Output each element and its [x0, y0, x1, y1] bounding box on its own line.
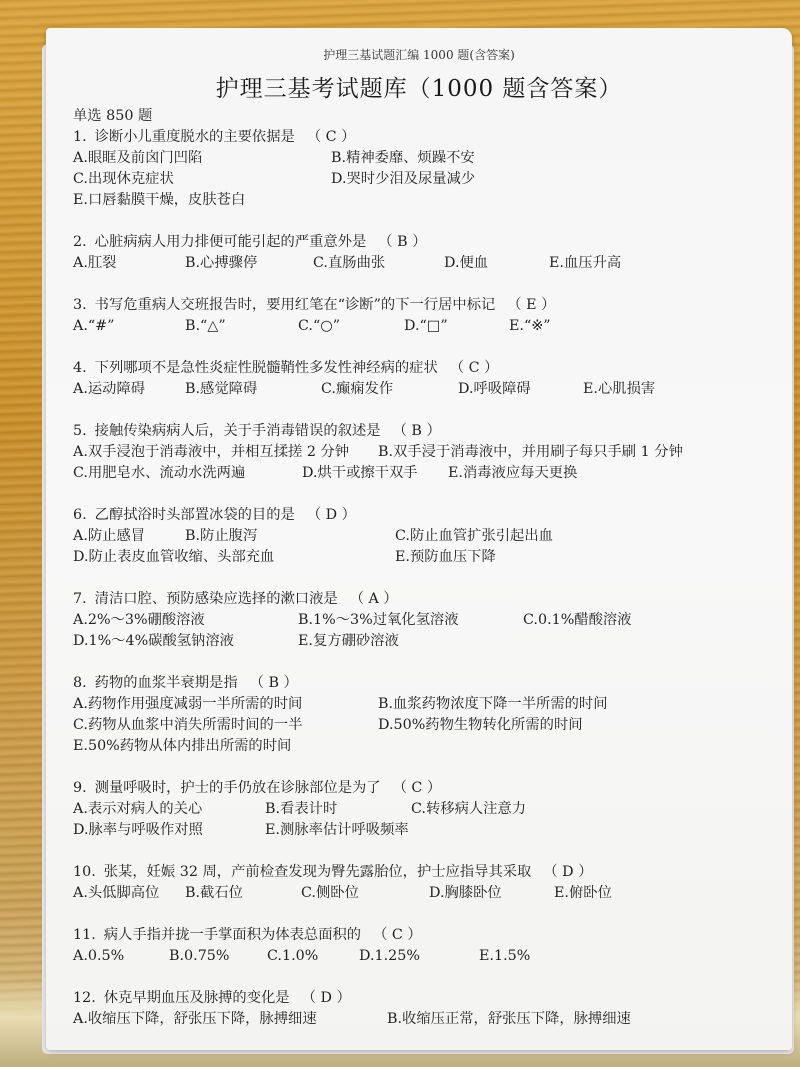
- answer-option: B.1%～3%过氧化氢溶液: [298, 610, 459, 631]
- answer-option: A.眼眶及前囟门凹陷: [73, 148, 202, 169]
- question-stem: 8.药物的血浆半衰期是指（ B ）: [73, 673, 773, 694]
- question-number: 2.: [73, 234, 87, 250]
- option-row: A.肛裂B.心搏骤停C.直肠曲张D.便血E.血压升高: [73, 253, 773, 274]
- answer-option: C.“○”: [298, 316, 340, 337]
- answer-key: （ A ）: [350, 591, 398, 607]
- answer-option: D.胸膝卧位: [429, 883, 502, 904]
- question-text: 病人手指并拢一手掌面积为体表总面积的: [104, 927, 361, 943]
- question-text: 休克早期血压及脉搏的变化是: [104, 990, 290, 1006]
- question-stem: 4.下列哪项不是急性炎症性脱髓鞘性多发性神经病的症状（ C ）: [73, 358, 773, 379]
- answer-key: （ C ）: [373, 927, 422, 943]
- answer-option: A.收缩压下降，舒张压下降，脉搏细速: [73, 1009, 317, 1030]
- question-text: 张某，妊娠 32 周，产前检查发现为臀先露胎位，护士应指导其采取: [104, 864, 532, 880]
- answer-option: B.感觉障碍: [185, 379, 257, 400]
- answer-option: B.精神委靡、烦躁不安: [331, 148, 475, 169]
- question-stem: 2.心脏病病人用力排便可能引起的严重意外是（ B ）: [73, 232, 773, 253]
- answer-option: E.俯卧位: [554, 883, 612, 904]
- answer-option: E.心肌损害: [583, 379, 655, 400]
- question-stem: 7.清洁口腔、预防感染应选择的漱口液是（ A ）: [73, 589, 773, 610]
- running-head: 护理三基试题汇编 1000 题(含答案): [46, 46, 792, 63]
- question-stem: 1.诊断小儿重度脱水的主要依据是（ C ）: [73, 127, 773, 148]
- question-stem: 11.病人手指并拢一手掌面积为体表总面积的（ C ）: [73, 925, 773, 946]
- option-row: D.脉率与呼吸作对照E.测脉率估计呼吸频率: [73, 820, 773, 841]
- answer-option: A.防止感冒: [73, 526, 145, 547]
- question-number: 3.: [73, 297, 87, 313]
- question-item: 2.心脏病病人用力排便可能引起的严重意外是（ B ）A.肛裂B.心搏骤停C.直肠…: [73, 232, 773, 274]
- question-text: 心脏病病人用力排便可能引起的严重意外是: [95, 234, 367, 250]
- option-row: A.“#”B.“△”C.“○”D.“□”E.“※”: [73, 316, 773, 337]
- answer-option: C.直肠曲张: [313, 253, 385, 274]
- option-row: C.用肥皂水、流动水洗两遍D.烘干或擦干双手E.消毒液应每天更换: [73, 463, 773, 484]
- question-number: 11.: [73, 927, 96, 943]
- option-row: A.头低脚高位B.截石位C.侧卧位D.胸膝卧位E.俯卧位: [73, 883, 773, 904]
- section-label: 单选 850 题: [73, 106, 773, 127]
- answer-option: E.“※”: [509, 316, 551, 337]
- answer-option: B.心搏骤停: [185, 253, 257, 274]
- answer-option: E.消毒液应每天更换: [448, 463, 577, 484]
- answer-key: （ B ）: [393, 423, 441, 439]
- answer-option: C.侧卧位: [301, 883, 359, 904]
- question-stem: 10.张某，妊娠 32 周，产前检查发现为臀先露胎位，护士应指导其采取（ D ）: [73, 862, 773, 883]
- option-row: A.收缩压下降，舒张压下降，脉搏细速B.收缩压正常，舒张压下降，脉搏细速: [73, 1009, 773, 1030]
- answer-key: （ C ）: [393, 780, 442, 796]
- option-row: A.药物作用强度减弱一半所需的时间B.血浆药物浓度下降一半所需的时间: [73, 694, 773, 715]
- answer-option: D.呼吸障碍: [458, 379, 531, 400]
- answer-option: E.50%药物从体内排出所需的时间: [73, 736, 291, 757]
- question-item: 5.接触传染病病人后，关于手消毒错误的叙述是（ B ）A.双手浸泡于消毒液中，并…: [73, 421, 773, 484]
- answer-option: A.双手浸泡于消毒液中，并相互揉搓 2 分钟: [73, 442, 349, 463]
- question-stem: 3.书写危重病人交班报告时，要用红笔在“诊断”的下一行居中标记（ E ）: [73, 295, 773, 316]
- question-item: 1.诊断小儿重度脱水的主要依据是（ C ）A.眼眶及前囟门凹陷B.精神委靡、烦躁…: [73, 127, 773, 211]
- question-item: 11.病人手指并拢一手掌面积为体表总面积的（ C ）A.0.5%B.0.75%C…: [73, 925, 773, 967]
- question-item: 10.张某，妊娠 32 周，产前检查发现为臀先露胎位，护士应指导其采取（ D ）…: [73, 862, 773, 904]
- answer-option: D.脉率与呼吸作对照: [73, 820, 203, 841]
- question-item: 12.休克早期血压及脉搏的变化是（ D ）A.收缩压下降，舒张压下降，脉搏细速B…: [73, 988, 773, 1030]
- answer-option: A.2%～3%硼酸溶液: [73, 610, 205, 631]
- option-row: A.运动障碍B.感觉障碍C.癫痫发作D.呼吸障碍E.心肌损害: [73, 379, 773, 400]
- question-text: 清洁口腔、预防感染应选择的漱口液是: [95, 591, 338, 607]
- question-text: 测量呼吸时，护士的手仍放在诊脉部位是为了: [95, 780, 381, 796]
- answer-key: （ C ）: [450, 360, 499, 376]
- question-number: 9.: [73, 780, 87, 796]
- question-text: 书写危重病人交班报告时，要用红笔在“诊断”的下一行居中标记: [95, 297, 496, 313]
- question-number: 10.: [73, 864, 96, 880]
- question-item: 7.清洁口腔、预防感染应选择的漱口液是（ A ）A.2%～3%硼酸溶液B.1%～…: [73, 589, 773, 652]
- question-number: 4.: [73, 360, 87, 376]
- question-number: 6.: [73, 507, 87, 523]
- question-text: 乙醇拭浴时头部置冰袋的目的是: [95, 507, 295, 523]
- answer-option: B.双手浸于消毒液中，并用刷子每只手刷 1 分钟: [378, 442, 683, 463]
- questions-container: 1.诊断小儿重度脱水的主要依据是（ C ）A.眼眶及前囟门凹陷B.精神委靡、烦躁…: [73, 127, 773, 1030]
- question-item: 3.书写危重病人交班报告时，要用红笔在“诊断”的下一行居中标记（ E ）A.“#…: [73, 295, 773, 337]
- document-title: 护理三基考试题库（1000 题含答案）: [46, 70, 792, 103]
- answer-option: E.血压升高: [549, 253, 621, 274]
- question-stem: 5.接触传染病病人后，关于手消毒错误的叙述是（ B ）: [73, 421, 773, 442]
- answer-key: （ B ）: [378, 234, 426, 250]
- answer-option: C.癫痫发作: [321, 379, 393, 400]
- question-text: 诊断小儿重度脱水的主要依据是: [95, 129, 295, 145]
- question-number: 1.: [73, 129, 87, 145]
- answer-option: A.肛裂: [73, 253, 116, 274]
- answer-key: （ C ）: [307, 129, 356, 145]
- answer-option: C.转移病人注意力: [411, 799, 526, 820]
- option-row: D.防止表皮血管收缩、头部充血E.预防血压下降: [73, 547, 773, 568]
- option-row: C.出现休克症状D.哭时少泪及尿量减少: [73, 169, 773, 190]
- option-row: A.防止感冒B.防止腹泻C.防止血管扩张引起出血: [73, 526, 773, 547]
- question-text: 下列哪项不是急性炎症性脱髓鞘性多发性神经病的症状: [95, 360, 438, 376]
- question-stem: 12.休克早期血压及脉搏的变化是（ D ）: [73, 988, 773, 1009]
- question-item: 6.乙醇拭浴时头部置冰袋的目的是（ D ）A.防止感冒B.防止腹泻C.防止血管扩…: [73, 505, 773, 568]
- option-row: A.0.5%B.0.75%C.1.0%D.1.25%E.1.5%: [73, 946, 773, 967]
- answer-key: （ D ）: [307, 507, 356, 523]
- question-number: 7.: [73, 591, 87, 607]
- answer-option: E.口唇黏膜干燥，皮肤苍白: [73, 190, 245, 211]
- answer-option: C.药物从血浆中消失所需时间的一半: [73, 715, 302, 736]
- question-list: 单选 850 题 1.诊断小儿重度脱水的主要依据是（ C ）A.眼眶及前囟门凹陷…: [73, 106, 773, 1051]
- answer-option: D.烘干或擦干双手: [302, 463, 418, 484]
- question-text: 接触传染病病人后，关于手消毒错误的叙述是: [95, 423, 381, 439]
- answer-option: C.用肥皂水、流动水洗两遍: [73, 463, 245, 484]
- answer-option: B.0.75%: [169, 946, 229, 967]
- answer-key: （ B ）: [250, 675, 298, 691]
- option-row: E.50%药物从体内排出所需的时间: [73, 736, 773, 757]
- question-item: 9.测量呼吸时，护士的手仍放在诊脉部位是为了（ C ）A.表示对病人的关心B.看…: [73, 778, 773, 841]
- answer-option: D.1%～4%碳酸氢钠溶液: [73, 631, 234, 652]
- answer-option: E.预防血压下降: [395, 547, 496, 568]
- answer-option: D.“□”: [404, 316, 448, 337]
- answer-option: C.1.0%: [267, 946, 318, 967]
- answer-option: B.收缩压正常，舒张压下降，脉搏细速: [387, 1009, 631, 1030]
- option-row: E.口唇黏膜干燥，皮肤苍白: [73, 190, 773, 211]
- answer-option: D.1.25%: [359, 946, 420, 967]
- answer-option: A.0.5%: [73, 946, 124, 967]
- question-text: 药物的血浆半衰期是指: [95, 675, 238, 691]
- option-row: A.双手浸泡于消毒液中，并相互揉搓 2 分钟B.双手浸于消毒液中，并用刷子每只手…: [73, 442, 773, 463]
- answer-option: C.出现休克症状: [73, 169, 174, 190]
- answer-option: D.防止表皮血管收缩、头部充血: [73, 547, 274, 568]
- option-row: A.表示对病人的关心B.看表计时C.转移病人注意力: [73, 799, 773, 820]
- answer-option: B.防止腹泻: [185, 526, 257, 547]
- question-number: 12.: [73, 990, 96, 1006]
- answer-option: A.“#”: [73, 316, 114, 337]
- option-row: A.2%～3%硼酸溶液B.1%～3%过氧化氢溶液C.0.1%醋酸溶液: [73, 610, 773, 631]
- answer-option: A.表示对病人的关心: [73, 799, 202, 820]
- answer-option: B.看表计时: [265, 799, 337, 820]
- answer-option: D.哭时少泪及尿量减少: [331, 169, 475, 190]
- answer-option: A.药物作用强度减弱一半所需的时间: [73, 694, 302, 715]
- answer-key: （ D ）: [302, 990, 351, 1006]
- answer-option: B.截石位: [185, 883, 243, 904]
- answer-key: （ E ）: [507, 297, 555, 313]
- answer-key: （ D ）: [543, 864, 592, 880]
- question-item: 4.下列哪项不是急性炎症性脱髓鞘性多发性神经病的症状（ C ）A.运动障碍B.感…: [73, 358, 773, 400]
- question-number: 5.: [73, 423, 87, 439]
- answer-option: A.头低脚高位: [73, 883, 159, 904]
- answer-option: D.便血: [444, 253, 488, 274]
- answer-option: C.防止血管扩张引起出血: [395, 526, 553, 547]
- option-row: A.眼眶及前囟门凹陷B.精神委靡、烦躁不安: [73, 148, 773, 169]
- question-stem: 6.乙醇拭浴时头部置冰袋的目的是（ D ）: [73, 505, 773, 526]
- exam-paper-sheet: 护理三基试题汇编 1000 题(含答案) 护理三基考试题库（1000 题含答案）…: [46, 28, 792, 1050]
- answer-option: C.0.1%醋酸溶液: [523, 610, 631, 631]
- answer-option: E.测脉率估计呼吸频率: [265, 820, 409, 841]
- question-stem: 9.测量呼吸时，护士的手仍放在诊脉部位是为了（ C ）: [73, 778, 773, 799]
- answer-option: E.1.5%: [479, 946, 530, 967]
- option-row: D.1%～4%碳酸氢钠溶液E.复方硼砂溶液: [73, 631, 773, 652]
- answer-option: A.运动障碍: [73, 379, 145, 400]
- option-row: C.药物从血浆中消失所需时间的一半D.50%药物生物转化所需的时间: [73, 715, 773, 736]
- answer-option: B.“△”: [185, 316, 226, 337]
- answer-option: D.50%药物生物转化所需的时间: [378, 715, 583, 736]
- answer-option: E.复方硼砂溶液: [298, 631, 399, 652]
- question-item: 8.药物的血浆半衰期是指（ B ）A.药物作用强度减弱一半所需的时间B.血浆药物…: [73, 673, 773, 757]
- question-number: 8.: [73, 675, 87, 691]
- answer-option: B.血浆药物浓度下降一半所需的时间: [378, 694, 608, 715]
